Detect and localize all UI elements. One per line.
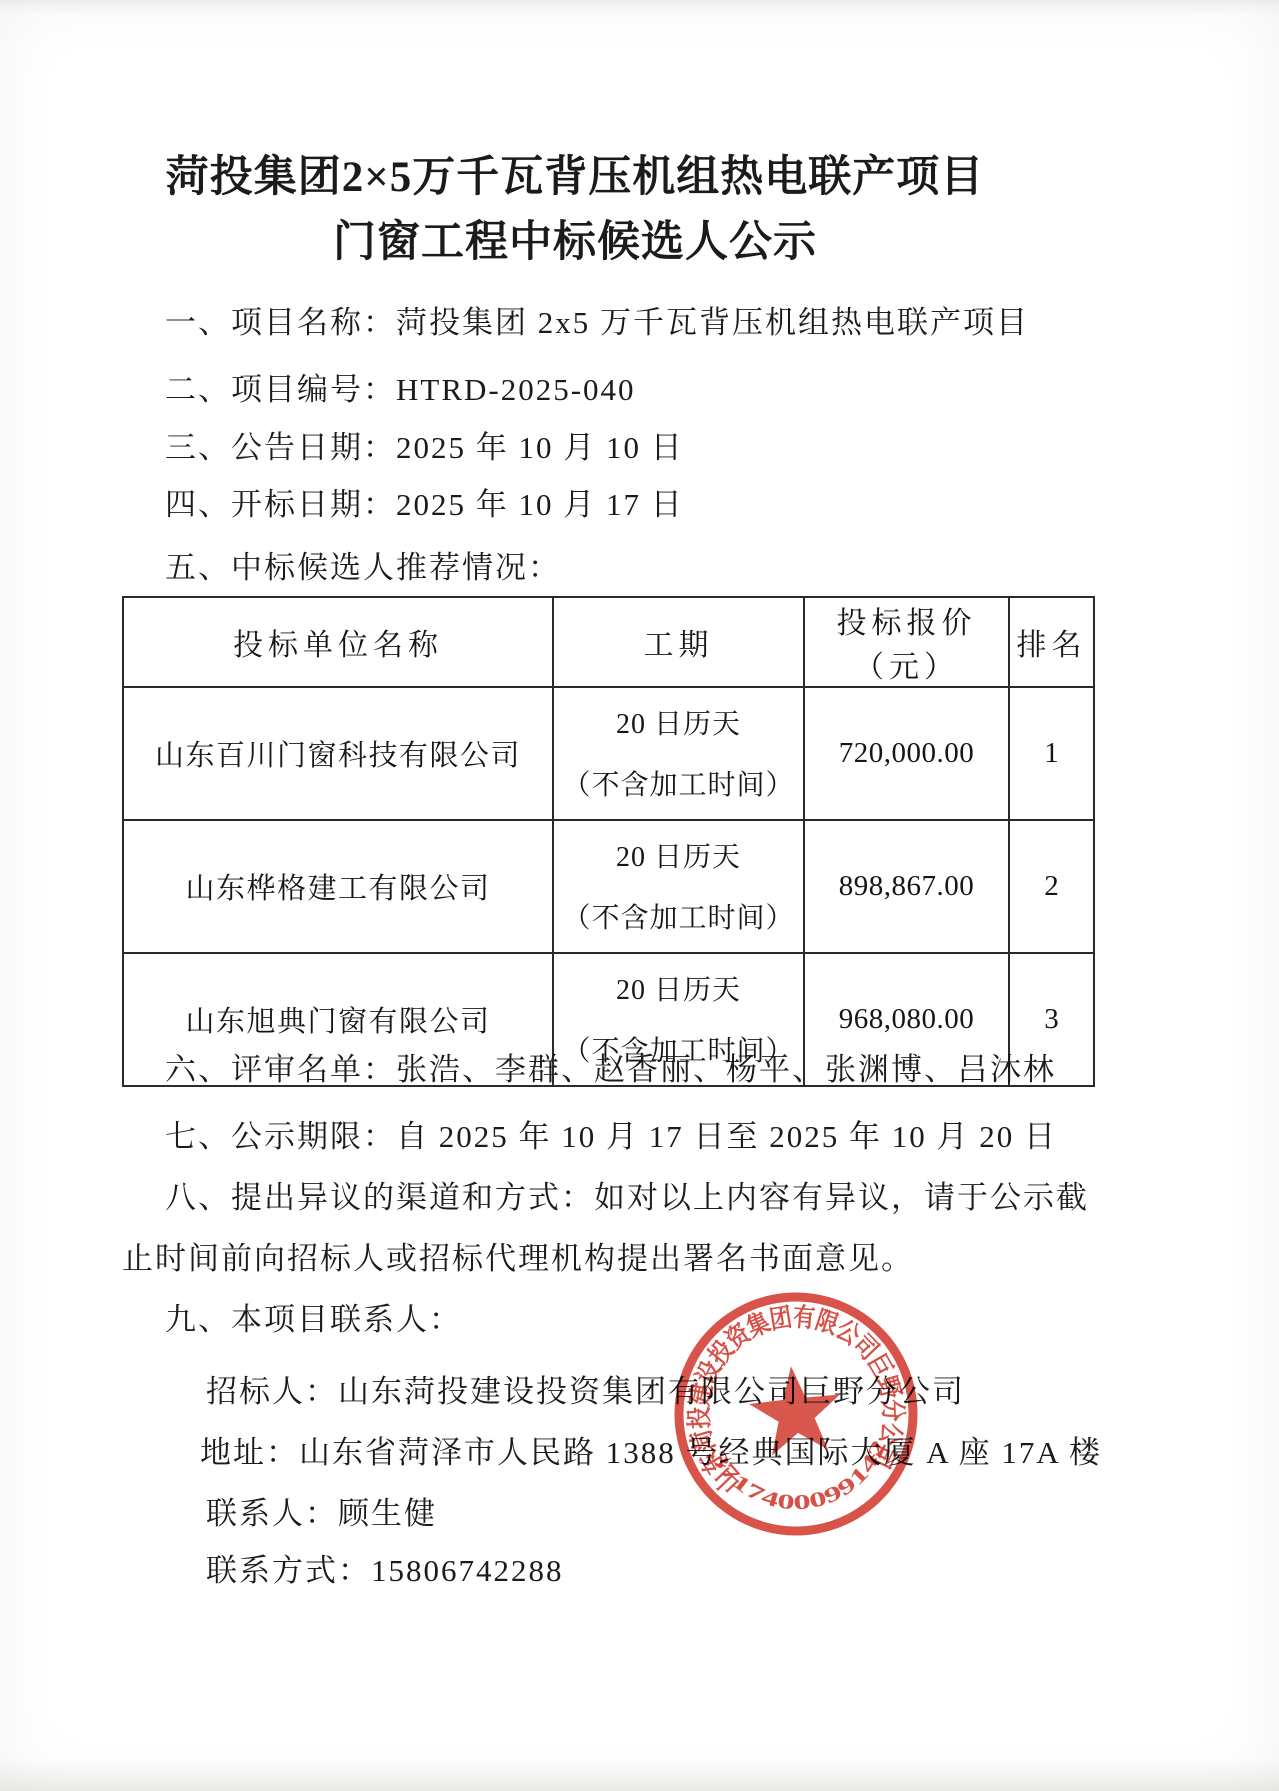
candidates-heading: 五、中标候选人推荐情况： bbox=[165, 548, 561, 588]
page-title-line2: 门窗工程中标候选人公示 bbox=[0, 208, 1150, 269]
rank-cell: 1 bbox=[1009, 687, 1094, 820]
duration-line2: （不含加工时间） bbox=[562, 896, 794, 936]
contact-heading: 九、本项目联系人： bbox=[165, 1300, 462, 1340]
duration-line2: （不含加工时间） bbox=[562, 763, 794, 803]
table-row: 山东桦格建工有限公司 20 日历天 （不含加工时间） 898,867.00 2 bbox=[123, 820, 1094, 953]
table-row: 山东百川门窗科技有限公司 20 日历天 （不含加工时间） 720,000.00 … bbox=[123, 687, 1094, 820]
duration-cell: 20 日历天 （不含加工时间） bbox=[553, 820, 804, 953]
col-header-bidder-name: 投标单位名称 bbox=[123, 597, 553, 687]
bidder-name-cell: 山东百川门窗科技有限公司 bbox=[123, 687, 553, 820]
objection-line-1: 八、提出异议的渠道和方式：如对以上内容有异议，请于公示截 bbox=[165, 1178, 1089, 1218]
col-header-rank: 排名 bbox=[1009, 597, 1094, 687]
col-header-bid-price: 投标报价（元） bbox=[804, 597, 1009, 687]
official-seal: 山东菏投建设投资集团有限公司巨野分公司 3717400099142 bbox=[651, 1269, 941, 1559]
bidder-name-cell: 山东桦格建工有限公司 bbox=[123, 820, 553, 953]
announcement-date-line: 三、公告日期：2025 年 10 月 10 日 bbox=[165, 428, 684, 468]
publicity-period-line: 七、公示期限：自 2025 年 10 月 17 日至 2025 年 10 月 2… bbox=[165, 1117, 1057, 1157]
candidates-table: 投标单位名称 工期 投标报价（元） 排名 山东百川门窗科技有限公司 20 日历天… bbox=[122, 596, 1095, 1087]
duration-line1: 20 日历天 bbox=[616, 702, 741, 742]
table-header-row: 投标单位名称 工期 投标报价（元） 排名 bbox=[123, 597, 1094, 687]
contact-person-line: 联系人：顾生健 bbox=[206, 1494, 437, 1534]
bid-price-cell: 898,867.00 bbox=[804, 820, 1009, 953]
document-page: 菏投集团2×5万千瓦背压机组热电联产项目 门窗工程中标候选人公示 一、项目名称：… bbox=[0, 0, 1279, 1791]
project-name-line: 一、项目名称：菏投集团 2x5 万千瓦背压机组热电联产项目 bbox=[165, 303, 1029, 343]
duration-cell: 20 日历天 （不含加工时间） bbox=[553, 687, 804, 820]
col-header-duration: 工期 bbox=[553, 597, 804, 687]
duration-line1: 20 日历天 bbox=[616, 835, 741, 875]
bid-opening-date-line: 四、开标日期：2025 年 10 月 17 日 bbox=[165, 485, 684, 525]
rank-cell: 2 bbox=[1009, 820, 1094, 953]
contact-phone-line: 联系方式：15806742288 bbox=[206, 1551, 564, 1591]
page-title-line1: 菏投集团2×5万千瓦背压机组热电联产项目 bbox=[0, 143, 1150, 204]
review-panel-line: 六、评审名单：张浩、李群、赵香丽、杨平、张渊博、吕沐林 bbox=[165, 1050, 1056, 1090]
duration-line1: 20 日历天 bbox=[616, 968, 741, 1008]
project-number-line: 二、项目编号：HTRD-2025-040 bbox=[165, 370, 636, 410]
seal-star-icon bbox=[746, 1361, 846, 1457]
bid-price-cell: 720,000.00 bbox=[804, 687, 1009, 820]
